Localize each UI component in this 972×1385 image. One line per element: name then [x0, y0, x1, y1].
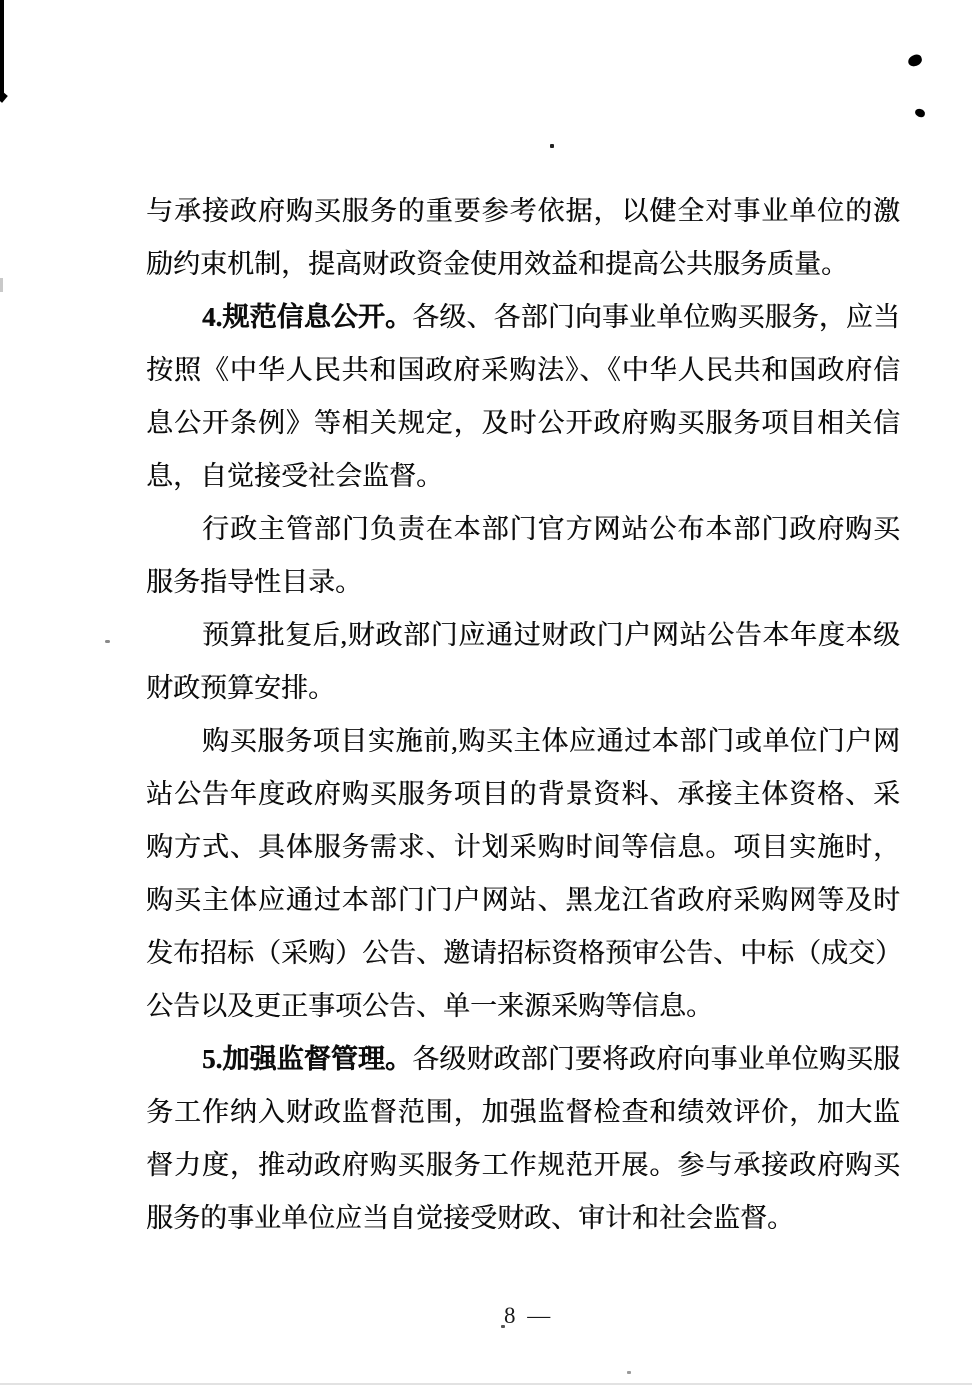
text-line: 息，自觉接受社会监督。 — [146, 450, 900, 503]
numbered-heading-lead: 4.规范信息公开。 — [202, 302, 412, 332]
text-line: 站公告年度政府购买服务项目的背景资料、承接主体资格、采 — [146, 768, 900, 821]
text-line: 发布招标（采购）公告、邀请招标资格预审公告、中标（成交） — [146, 927, 900, 980]
scan-ink-blob-artifact — [914, 108, 925, 118]
scan-speck-artifact — [627, 1371, 631, 1374]
text-line: 务工作纳入财政监督范围，加强监督检查和绩效评价，加大监 — [146, 1086, 900, 1139]
text-line: 购买服务项目实施前,购买主体应通过本部门或单位门户网 — [146, 715, 900, 768]
text-line: 4.规范信息公开。各级、各部门向事业单位购买服务，应当 — [146, 291, 900, 344]
text-line: 与承接政府购买服务的重要参考依据，以健全对事业单位的激 — [146, 185, 900, 238]
text-line: 购方式、具体服务需求、计划采购时间等信息。项目实施时， — [146, 821, 900, 874]
text-line: 督力度，推动政府购买服务工作规范开展。参与承接政府购买 — [146, 1139, 900, 1192]
text-line: 行政主管部门负责在本部门官方网站公布本部门政府购买 — [146, 503, 900, 556]
text-line: 购买主体应通过本部门门户网站、黑龙江省政府采购网等及时 — [146, 874, 900, 927]
scan-edge-tick-artifact — [0, 90, 8, 103]
page-number: 8 — — [504, 1303, 553, 1329]
scan-speck-artifact — [550, 144, 554, 148]
text-line: 财政预算安排。 — [146, 662, 900, 715]
scan-edge-bar-artifact — [0, 0, 4, 97]
text-line: 息公开条例》等相关规定，及时公开政府购买服务项目相关信 — [146, 397, 900, 450]
text-line: 5.加强监督管理。各级财政部门要将政府向事业单位购买服 — [146, 1033, 900, 1086]
scan-edge-faint-artifact — [0, 278, 3, 292]
numbered-heading-lead: 5.加强监督管理。 — [202, 1044, 412, 1074]
text-line: 服务指导性目录。 — [146, 556, 900, 609]
text-line: 预算批复后,财政部门应通过财政门户网站公告本年度本级 — [146, 609, 900, 662]
scan-speck-artifact — [105, 640, 110, 643]
text-line: 按照《中华人民共和国政府采购法》、《中华人民共和国政府信 — [146, 344, 900, 397]
text-line: 公告以及更正事项公告、单一来源采购等信息。 — [146, 980, 900, 1033]
text-line: 励约束机制，提高财政资金使用效益和提高公共服务质量。 — [146, 238, 900, 291]
text-line: 服务的事业单位应当自觉接受财政、审计和社会监督。 — [146, 1192, 900, 1245]
scan-ink-blob-artifact — [907, 53, 924, 68]
scanned-document-page: 与承接政府购买服务的重要参考依据，以健全对事业单位的激励约束机制，提高财政资金使… — [0, 0, 972, 1385]
document-body: 与承接政府购买服务的重要参考依据，以健全对事业单位的激励约束机制，提高财政资金使… — [146, 185, 900, 1245]
